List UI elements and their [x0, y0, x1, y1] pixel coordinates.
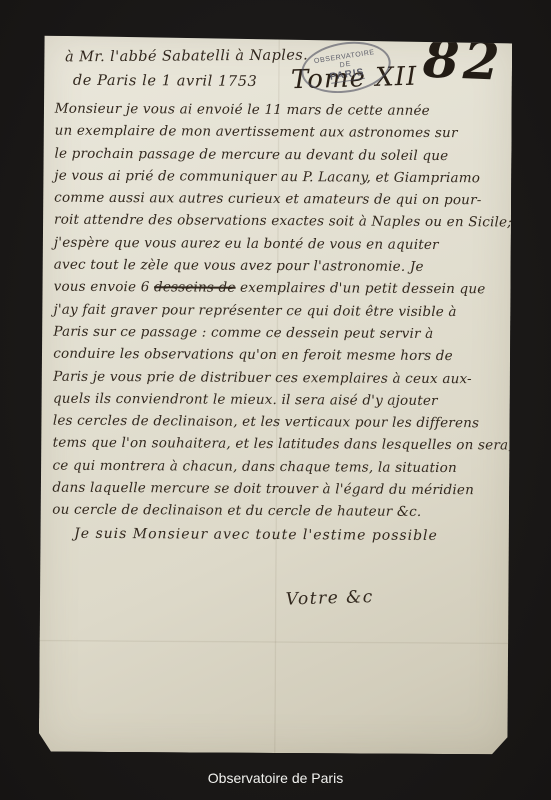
body-line: ce qui montrera à chacun, dans chaque te… — [48, 454, 504, 479]
body-line-pre: vous envoie 6 — [54, 279, 154, 296]
body-line-post: exemplaires d'un petit dessein que — [236, 280, 486, 298]
body-line: conduire les observations qu'on en feroi… — [49, 343, 505, 368]
body-line: Paris sur ce passage : comme ce dessein … — [49, 321, 505, 346]
struck-word: desseins de — [154, 280, 236, 296]
body-line: j'espère que vous aurez eu la bonté de v… — [50, 231, 506, 256]
address-line: à Mr. l'abbé Sabatelli à Naples. — [65, 47, 308, 65]
signature: Votre &c — [285, 587, 374, 610]
body-line: je vous ai prié de communiquer au P. Lac… — [50, 165, 506, 190]
body-line: tems que l'on souhaitera, et les latitud… — [49, 432, 505, 457]
date-line: de Paris le 1 avril 1753 — [73, 73, 258, 90]
body-line: Monsieur je vous ai envoié le 11 mars de… — [51, 98, 507, 123]
letter-page: à Mr. l'abbé Sabatelli à Naples. de Pari… — [39, 36, 512, 755]
letter-photo: à Mr. l'abbé Sabatelli à Naples. de Pari… — [0, 0, 551, 800]
body-line: le prochain passage de mercure au devant… — [50, 142, 506, 167]
body-line: dans laquelle mercure se doit trouver à … — [48, 477, 504, 502]
body-line: ou cercle de declinaison et du cercle de… — [48, 499, 504, 524]
body-line: un exemplaire de mon avertissement aux a… — [51, 120, 507, 145]
photo-caption: Observatoire de Paris — [0, 770, 551, 786]
body-line: avec tout le zèle que vous avez pour l'a… — [50, 254, 506, 279]
body-line: comme aussi aux autres curieux et amateu… — [50, 187, 506, 212]
body-line: quels ils conviendront le mieux. il sera… — [49, 387, 505, 412]
body-line: Paris je vous prie de distribuer ces exe… — [49, 365, 505, 390]
letter-body: Monsieur je vous ai envoié le 11 mars de… — [48, 98, 507, 524]
body-line-with-strike: vous envoie 6 desseins de exemplaires d'… — [50, 276, 506, 301]
body-line: les cercles de declinaison, et les verti… — [49, 410, 505, 435]
closing-line: Je suis Monsieur avec toute l'estime pos… — [74, 526, 438, 544]
archive-number: 82 — [422, 29, 505, 93]
body-line: roit attendre des observations exactes s… — [50, 209, 506, 234]
stamp-line-3: PARIS — [329, 67, 365, 85]
body-line: j'ay fait graver pour représenter ce qui… — [49, 298, 505, 323]
